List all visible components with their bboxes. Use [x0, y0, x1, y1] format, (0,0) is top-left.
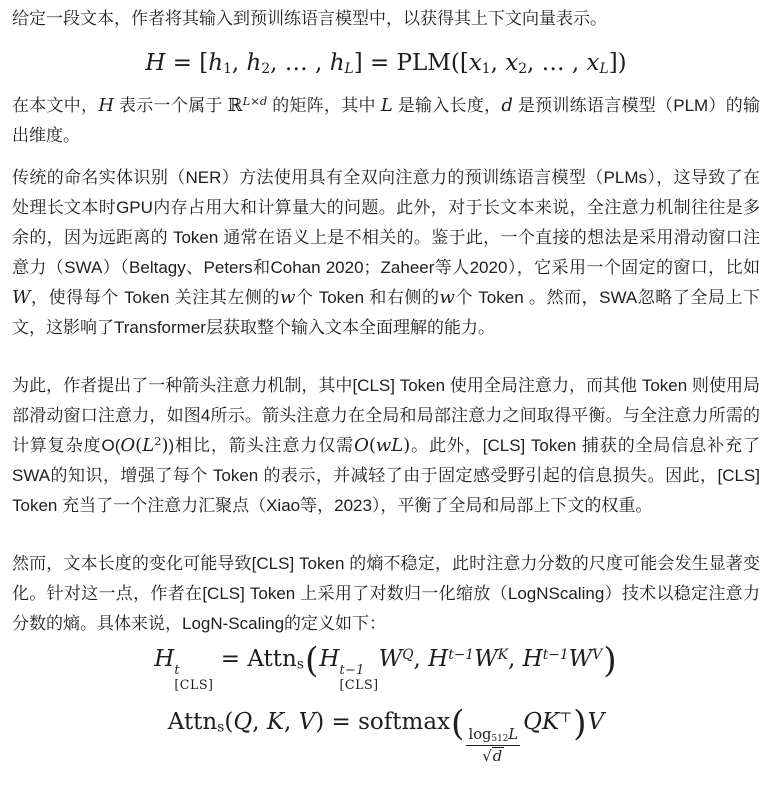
- inline-math: W: [569, 645, 593, 671]
- inline-math: K: [542, 709, 559, 735]
- text-run: ]): [609, 50, 627, 76]
- inline-math: L: [381, 95, 393, 116]
- inline-math: x: [469, 50, 482, 76]
- inline-math: h: [208, 50, 223, 76]
- text-run: ⊤: [559, 710, 572, 726]
- text-run: [CLS]: [174, 677, 213, 692]
- paragraph-intro: 给定一段文本，作者将其输入到预训练语言模型中，以获得其上下文向量表示。: [12, 4, 760, 34]
- inline-math: t: [174, 662, 180, 677]
- paragraph-arrow-attention: 为此，作者提出了一种箭头注意力机制，其中[CLS] Token 使用全局注意力，…: [12, 371, 760, 521]
- text-run: 表示一个属于: [114, 96, 228, 115]
- formula-plm-representation: H = [h1, h2, … , hL] = PLM([x1, x2, … , …: [12, 50, 760, 77]
- text-run: ,: [414, 645, 429, 671]
- big-paren: ): [572, 704, 587, 744]
- text-run: Attn: [168, 709, 218, 735]
- formula-softmax-logn: Attns(Q, K, V) = softmax(log512L√dQK⊤)V: [12, 704, 760, 767]
- inline-math: H: [523, 645, 543, 671]
- radical-sign: √: [482, 748, 491, 765]
- inline-math: V: [588, 709, 605, 735]
- inline-math: W: [379, 645, 403, 671]
- paragraph-swa-background: 传统的命名实体识别（NER）方法使用具有全双向注意力的预训练语言模型（PLMs）…: [12, 163, 760, 343]
- math-supsub-stack: t−1[CLS]: [339, 662, 378, 692]
- inline-math: O: [120, 435, 135, 456]
- text-run: 1: [482, 61, 491, 77]
- text-run: )相比，箭头注意力仅需: [169, 436, 355, 455]
- text-run: ,: [508, 645, 523, 671]
- text-run: 给定一段文本，作者将其输入到预训练语言模型中，以获得其上下文向量表示。: [12, 9, 607, 28]
- inline-math: K: [498, 646, 508, 662]
- text-run: 2: [518, 61, 527, 77]
- paragraph-matrix-definition: 在本文中，H 表示一个属于 ℝL×d 的矩阵，其中 L 是输入长度，d 是预训练…: [12, 91, 760, 151]
- text-run: 在本文中，: [12, 96, 98, 115]
- text-run: 个 Token 和右侧的: [295, 288, 439, 307]
- text-run: ) = softmax: [315, 709, 450, 735]
- text-run: ,: [284, 709, 299, 735]
- subscript-row: [CLS]: [339, 677, 378, 692]
- subscript-row: [CLS]: [174, 677, 213, 692]
- text-run: = [: [165, 50, 208, 76]
- inline-math: H: [428, 645, 448, 671]
- inline-math: W: [12, 287, 31, 308]
- text-run: 1: [223, 61, 232, 77]
- text-run: ,: [491, 50, 506, 76]
- text-run: 是输入长度，: [393, 96, 502, 115]
- text-run: ,: [232, 50, 247, 76]
- inline-math: H: [154, 645, 174, 671]
- inline-math: (: [369, 435, 376, 456]
- text-run: (: [224, 709, 233, 735]
- superscript-row: t−1: [339, 662, 364, 677]
- inline-math: Q: [233, 709, 252, 735]
- inline-math: ×: [250, 94, 260, 108]
- inline-math: H: [145, 50, 165, 76]
- inline-math: L: [345, 61, 354, 77]
- inline-math: w: [440, 287, 455, 308]
- math-sqrt: √d: [482, 747, 504, 765]
- inline-math: L: [508, 726, 518, 743]
- text-run: , … ,: [527, 50, 587, 76]
- text-run: s: [297, 656, 304, 672]
- inline-math: L: [391, 435, 403, 456]
- math-fraction: log512L√d: [466, 725, 520, 767]
- text-run: 的矩阵，其中: [267, 96, 381, 115]
- inline-math: t−1: [339, 662, 364, 677]
- text-run: 512: [491, 734, 508, 744]
- inline-math: x: [587, 50, 600, 76]
- inline-math: O: [354, 435, 369, 456]
- inline-math: ℝ: [228, 95, 243, 116]
- big-paren: ): [602, 641, 617, 681]
- inline-math: h: [247, 50, 262, 76]
- text-run: 2: [261, 61, 270, 77]
- inline-math: x: [505, 50, 518, 76]
- inline-math: t−1: [543, 646, 569, 662]
- text-run: [CLS]: [339, 677, 378, 692]
- text-run: ,: [252, 709, 267, 735]
- inline-math: K: [267, 709, 284, 735]
- inline-math: V: [299, 709, 316, 735]
- inline-math: L: [142, 435, 154, 456]
- formula-cls-attention: Ht[CLS] = Attns(Ht−1[CLS]WQ, Ht−1WK, Ht−…: [12, 641, 760, 692]
- document-page: 给定一段文本，作者将其输入到预训练语言模型中，以获得其上下文向量表示。H = […: [0, 0, 770, 786]
- inline-math: t−1: [448, 646, 474, 662]
- inline-math: V: [592, 646, 602, 662]
- inline-math: W: [474, 645, 498, 671]
- fraction-denominator: √d: [480, 746, 506, 767]
- radicand: d: [492, 747, 504, 765]
- inline-math: H: [98, 95, 114, 116]
- math-supsub-stack: t[CLS]: [174, 662, 213, 692]
- text-run: ，使得每个 Token 关注其左侧的: [31, 288, 280, 307]
- inline-math: H: [319, 645, 339, 671]
- paragraph-logn-scaling: 然而，文本长度的变化可能导致[CLS] Token 的熵不稳定，此时注意力分数的…: [12, 549, 760, 639]
- text-run: 传统的命名实体识别（NER）方法使用具有全双向注意力的预训练语言模型（PLMs）…: [12, 168, 760, 277]
- big-paren: (: [304, 641, 319, 681]
- fraction-numerator: log512L: [466, 725, 520, 746]
- text-run: = Attn: [213, 645, 296, 671]
- text-run: log: [468, 726, 491, 743]
- inline-math: Q: [402, 646, 413, 662]
- text-run: , … ,: [270, 50, 330, 76]
- document-body: 给定一段文本，作者将其输入到预训练语言模型中，以获得其上下文向量表示。H = […: [0, 0, 770, 767]
- inline-math: L: [600, 61, 609, 77]
- inline-math: w: [280, 287, 295, 308]
- inline-math: Q: [523, 709, 542, 735]
- inline-math: d: [501, 95, 513, 116]
- text-run: ] = PLM([: [354, 50, 469, 76]
- big-paren: (: [450, 704, 465, 744]
- text-run: 然而，文本长度的变化可能导致[CLS] Token 的熵不稳定，此时注意力分数的…: [12, 554, 760, 633]
- inline-math: w: [376, 435, 391, 456]
- inline-math: h: [330, 50, 345, 76]
- inline-math: ): [161, 435, 168, 456]
- inline-math: d: [493, 748, 502, 765]
- superscript-row: t: [174, 662, 180, 677]
